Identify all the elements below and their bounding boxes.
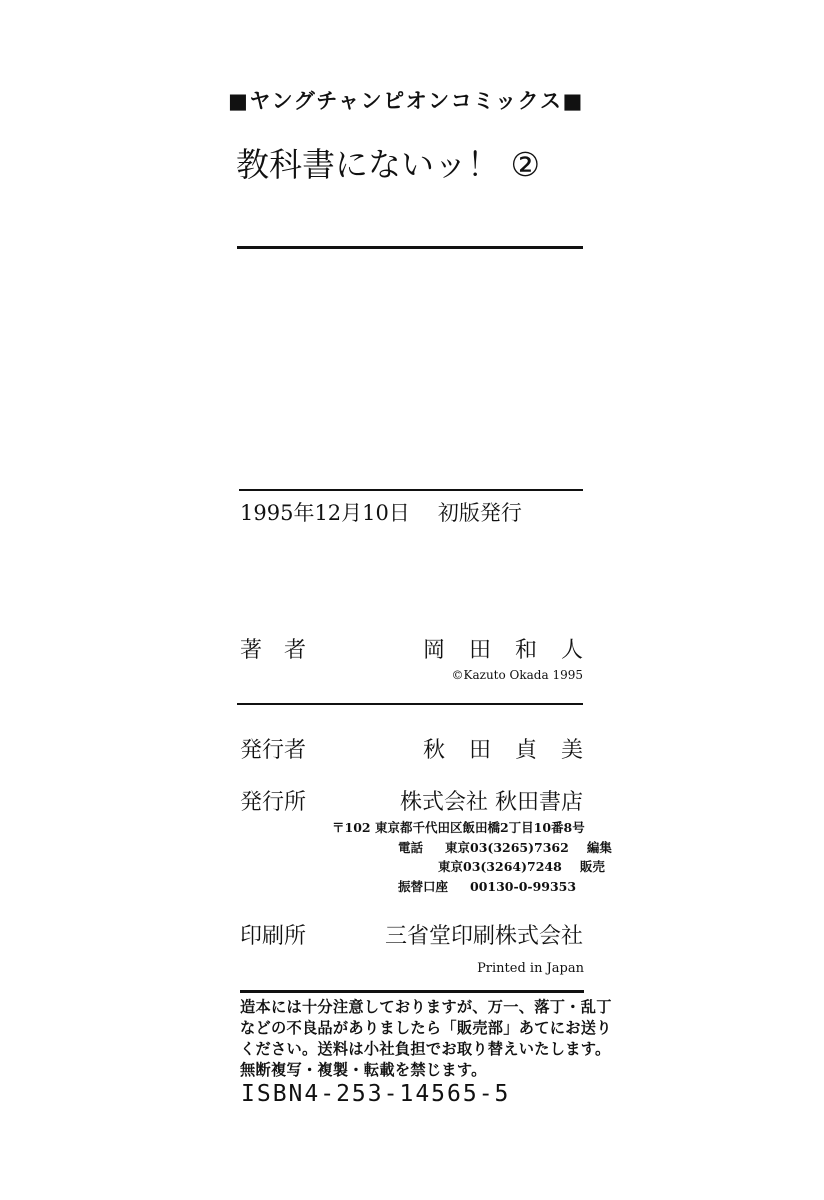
notice-divider (240, 990, 584, 993)
series-label: ■ヤングチャンピオンコミックス■ (228, 86, 584, 116)
notice-text: 造本には十分注意しておりますが、万一、落丁・乱丁 などの不良品がありましたら「販… (240, 997, 590, 1081)
publication-date: 1995年12月10日 (240, 501, 410, 525)
address-line: 〒102 東京都千代田区飯田橋2丁目10番8号 (332, 818, 612, 838)
phone-sales-line: 東京03(3264)7248販売 (332, 857, 612, 877)
isbn: ISBN4-253-14565-5 (241, 1079, 510, 1109)
transfer-account: 00130-0-99353 (470, 879, 576, 894)
publisher-address-block: 〒102 東京都千代田区飯田橋2丁目10番8号 電話東京03(3265)7362… (332, 818, 612, 896)
notice-line: などの不良品がありましたら「販売部」あてにお送り (240, 1018, 590, 1039)
transfer-label: 振替口座 (398, 879, 448, 894)
phone-label: 電話 (398, 840, 423, 855)
author-name: 岡田和人 (423, 636, 583, 666)
notice-line: ください。送料は小社負担でお取り替えいたします。 (240, 1039, 590, 1060)
edition-label: 初版発行 (438, 501, 522, 525)
printed-in-japan: Printed in Japan (477, 960, 584, 978)
printer-name: 三省堂印刷株式会社 (385, 922, 583, 952)
author-copyright: ©Kazuto Okada 1995 (452, 667, 583, 683)
phone-sales: 東京03(3264)7248 (438, 859, 562, 874)
publisher-company-name: 株式会社 秋田書店 (400, 788, 583, 818)
publisher-company-label: 発行所 (240, 788, 306, 818)
phone-sales-tag: 販売 (580, 859, 605, 874)
book-title: 教科書にないッ！ ② (236, 143, 540, 187)
phone-editorial-tag: 編集 (587, 840, 612, 855)
date-divider (239, 489, 583, 491)
publisher-person-name: 秋田貞美 (423, 736, 583, 766)
title-divider (237, 246, 583, 249)
author-divider (237, 703, 583, 705)
transfer-account-line: 振替口座00130-0-99353 (332, 877, 612, 897)
phone-editorial-line: 電話東京03(3265)7362編集 (332, 838, 612, 858)
phone-editorial: 東京03(3265)7362 (445, 840, 569, 855)
printer-label: 印刷所 (240, 922, 306, 952)
notice-line: 造本には十分注意しておりますが、万一、落丁・乱丁 (240, 997, 590, 1018)
author-label: 著 者 (240, 636, 306, 666)
publication-date-row: 1995年12月10日初版発行 (240, 498, 522, 528)
notice-line: 無断複写・複製・転載を禁じます。 (240, 1060, 590, 1081)
publisher-person-label: 発行者 (240, 736, 306, 766)
